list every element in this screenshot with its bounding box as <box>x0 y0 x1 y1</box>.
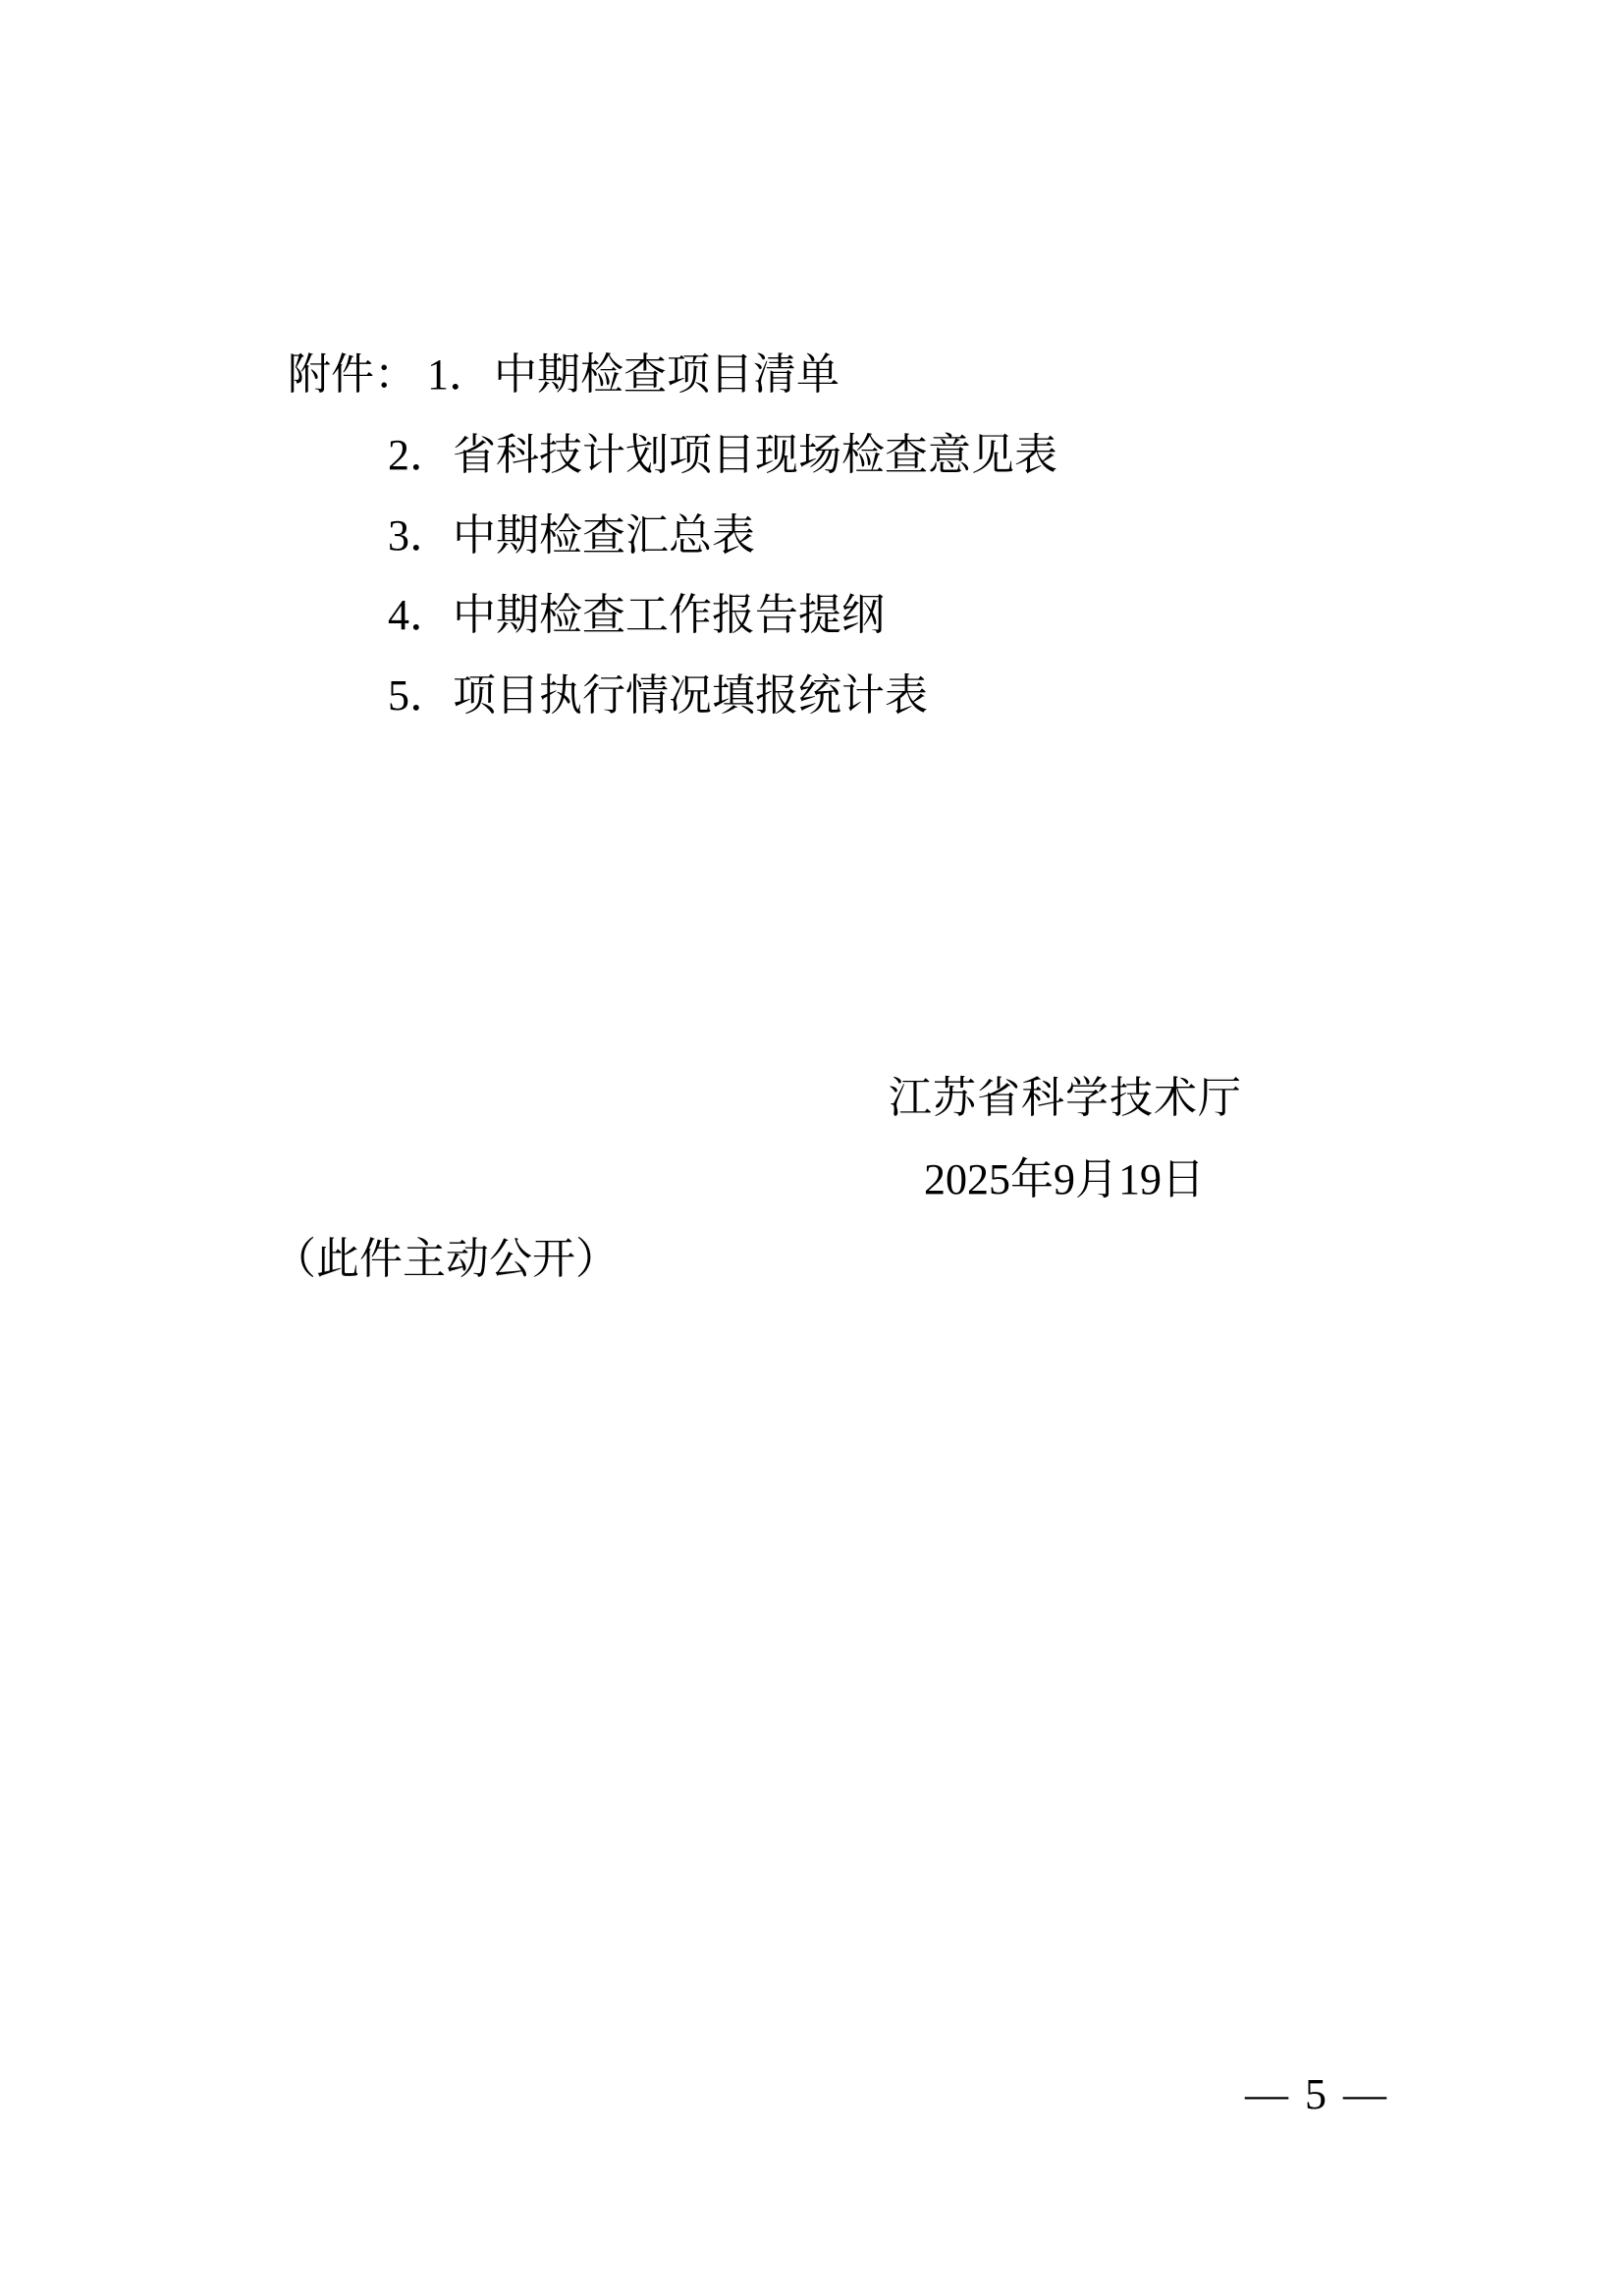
attachment-item-3-text: 中期检查汇总表 <box>453 511 755 560</box>
page-number: — 5 — <box>1245 2073 1386 2116</box>
attachment-item-5-text: 项目执行情况填报统计表 <box>453 671 928 720</box>
attachment-line-2: 2．省科技计划项目现场检查意见表 <box>388 434 1057 477</box>
signature-agency: 江苏省科学技术厅 <box>889 1077 1242 1120</box>
attachment-item-3-number: 3． <box>388 511 453 560</box>
attachment-item-1-number: 1． <box>427 350 492 399</box>
attachment-item-2-text: 省科技计划项目现场检查意见表 <box>453 431 1057 479</box>
attachment-line-3: 3．中期检查汇总表 <box>388 514 755 558</box>
attachment-item-2-number: 2． <box>388 431 453 479</box>
document-page: 附件：1．中期检查项目清单 2．省科技计划项目现场检查意见表 3．中期检查汇总表… <box>0 0 1624 2296</box>
attachment-label: 附件： <box>288 350 417 399</box>
attachment-item-4-number: 4． <box>388 591 453 639</box>
attachment-line-5: 5．项目执行情况填报统计表 <box>388 674 928 718</box>
disclosure-note: （此件主动公开） <box>273 1238 619 1281</box>
attachment-item-5-number: 5． <box>388 671 453 720</box>
signature-date: 2025年9月19日 <box>924 1158 1205 1201</box>
attachment-line-1: 附件：1．中期检查项目清单 <box>288 353 839 397</box>
attachment-line-4: 4．中期检查工作报告提纲 <box>388 594 885 637</box>
attachment-item-1-text: 中期检查项目清单 <box>494 350 839 399</box>
attachment-item-4-text: 中期检查工作报告提纲 <box>453 591 885 639</box>
